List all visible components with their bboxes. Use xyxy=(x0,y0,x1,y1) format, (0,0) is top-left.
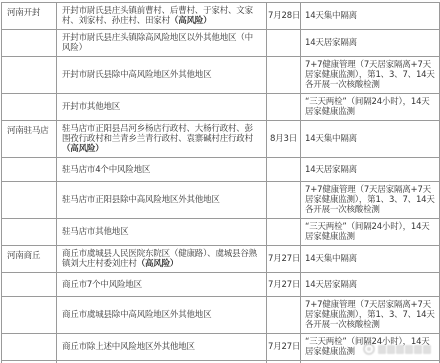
date-cell xyxy=(267,57,301,94)
area-cell: 驻马店市其他地区 xyxy=(57,219,267,246)
date-text: 7月27日 xyxy=(268,342,300,352)
area-text: 开封市尉氏县除中高风险地区外其他地区 xyxy=(62,70,211,80)
policy-cell: “三天两检”（间隔24小时），14天居家健康监测 xyxy=(301,94,440,121)
area-cell: 开封市尉氏县庄头镇前曹村、后曹村、于家村、文家村、刘家村、孙庄村、田家村（高风险… xyxy=(57,3,267,30)
area-cell: 商丘市7个中风险地区 xyxy=(57,273,267,297)
area-text: 驻马店市4个中风险地区 xyxy=(62,165,150,175)
area-text: 开封市尉氏县庄头镇除高风险地区以外其他地区（中风险） xyxy=(62,33,253,53)
table-row: 开封市尉氏县除中高风险地区外其他地区 7+7健康管理（7天居家隔离+7天居家健康… xyxy=(2,57,440,94)
policy-text: 14天集中隔离 xyxy=(305,254,357,264)
date-cell: 7月28日 xyxy=(267,3,301,30)
date-cell xyxy=(267,30,301,57)
area-text: 商丘市虞城县除中高风险地区外其他地区 xyxy=(62,310,211,320)
policy-cell: 14天居家隔离 xyxy=(301,30,440,57)
high-risk-bold-label: （高风险） xyxy=(170,16,212,26)
policy-text: 14天集中隔离 xyxy=(305,134,357,144)
policy-cell: 7+7健康管理（7天居家隔离+7天居家健康监测），第1、3、7、14天各开展一次… xyxy=(301,57,440,94)
date-cell: 7月27日 xyxy=(267,334,301,361)
region-cell xyxy=(2,94,57,121)
policy-cell: 14天居家隔离 xyxy=(301,273,440,297)
table-row: 河南商丘 商丘市虞城县人民医院东院区（健康路）、虞城县谷熟镇刘大庄村委刘庄村（高… xyxy=(2,246,440,273)
policy-text: 14天集中隔离 xyxy=(305,11,357,21)
region-cell xyxy=(2,182,57,219)
area-cell: 开封市其他地区 xyxy=(57,94,267,121)
date-text: 7月28日 xyxy=(268,11,300,21)
policy-text: 7+7健康管理（7天居家隔离+7天居家健康监测），第1、3、7、14天各开展一次… xyxy=(305,300,435,330)
policy-cell: 14天集中隔离 xyxy=(301,246,440,273)
area-cell: 商丘市虞城县人民医院东院区（健康路）、虞城县谷熟镇刘大庄村委刘庄村（高风险） xyxy=(57,246,267,273)
date-cell xyxy=(267,94,301,121)
table-row: 开封市其他地区 “三天两检”（间隔24小时），14天居家健康监测 xyxy=(2,94,440,121)
table-row: 商丘市7个中风险地区 7月27日 14天居家隔离 xyxy=(2,273,440,297)
policy-cell: 14天集中隔离 xyxy=(301,121,440,158)
region-label: 河南商丘 xyxy=(7,251,40,261)
watermark-illegible-text xyxy=(378,339,432,358)
table-row: 河南驻马店 驻马店市正阳县吕河乡杨店行政村、大杨行政村、彭围孜行政村和兰青乡兰青… xyxy=(2,121,440,158)
region-cell xyxy=(2,158,57,182)
high-risk-bold-label: （高风险） xyxy=(137,259,179,269)
policy-text: “三天两检”（间隔24小时），14天居家健康监测 xyxy=(305,97,430,117)
high-risk-bold-label: （高风险） xyxy=(62,144,104,154)
policy-cell: “三天两检”（间隔24小时），14天居家健康监测 xyxy=(301,219,440,246)
policy-cell: 14天居家隔离 xyxy=(301,158,440,182)
table-body: 河南开封 开封市尉氏县庄头镇前曹村、后曹村、于家村、文家村、刘家村、孙庄村、田家… xyxy=(2,3,440,363)
date-text: 7月27日 xyxy=(268,254,300,264)
area-cell: 驻马店市正阳县吕河乡杨店行政村、大杨行政村、彭围孜行政村和兰青乡兰青行政村、袁寨… xyxy=(57,121,267,158)
area-cell: 驻马店市4个中风险地区 xyxy=(57,158,267,182)
area-text: 驻马店市正阳县除中高风险地区外其他地区 xyxy=(62,195,220,205)
area-cell: 商丘市除上述中风险地区外其他地区 xyxy=(57,334,267,361)
policy-cell: 7+7健康管理（7天居家隔离+7天居家健康监测），第1、3、7、14天各开展一次… xyxy=(301,182,440,219)
area-text: 开封市其他地区 xyxy=(62,102,120,112)
table-row: 开封市尉氏县庄头镇除高风险地区以外其他地区（中风险） 14天居家隔离 xyxy=(2,30,440,57)
date-cell xyxy=(267,219,301,246)
watermark xyxy=(363,339,432,358)
policy-text: 7+7健康管理（7天居家隔离+7天居家健康监测），第1、3、7、14天各开展一次… xyxy=(305,60,435,90)
table-row: 驻马店市4个中风险地区 14天居家隔离 xyxy=(2,158,440,182)
date-cell: 8月3日 xyxy=(267,121,301,158)
policy-text: 14天居家隔离 xyxy=(305,165,357,175)
date-cell: 7月27日 xyxy=(267,273,301,297)
date-cell xyxy=(267,297,301,334)
table-row: 河南开封 开封市尉氏县庄头镇前曹村、后曹村、于家村、文家村、刘家村、孙庄村、田家… xyxy=(2,3,440,30)
table-row: 驻马店市正阳县除中高风险地区外其他地区 7+7健康管理（7天居家隔离+7天居家健… xyxy=(2,182,440,219)
policy-text: 14天居家隔离 xyxy=(305,280,357,290)
area-text: 驻马店市其他地区 xyxy=(62,227,128,237)
area-cell: 开封市尉氏县庄头镇除高风险地区以外其他地区（中风险） xyxy=(57,30,267,57)
policy-text: 14天居家隔离 xyxy=(305,38,357,48)
date-cell xyxy=(267,182,301,219)
region-cell xyxy=(2,273,57,297)
risk-area-policy-table: 河南开封 开封市尉氏县庄头镇前曹村、后曹村、于家村、文家村、刘家村、孙庄村、田家… xyxy=(1,2,440,363)
region-cell: 河南商丘 xyxy=(2,246,57,273)
weibo-watermark-icon xyxy=(363,343,375,355)
region-label: 河南驻马店 xyxy=(7,126,49,136)
region-cell xyxy=(2,334,57,361)
policy-cell: 14天集中隔离 xyxy=(301,3,440,30)
date-cell: 7月27日 xyxy=(267,246,301,273)
region-cell xyxy=(2,297,57,334)
area-text: 开封市尉氏县庄头镇前曹村、后曹村、于家村、文家村、刘家村、孙庄村、田家村 xyxy=(62,6,253,26)
area-cell: 开封市尉氏县除中高风险地区外其他地区 xyxy=(57,57,267,94)
area-cell: 商丘市虞城县除中高风险地区外其他地区 xyxy=(57,297,267,334)
table-row: 驻马店市其他地区 “三天两检”（间隔24小时），14天居家健康监测 xyxy=(2,219,440,246)
policy-cell: 7+7健康管理（7天居家隔离+7天居家健康监测），第1、3、7、14天各开展一次… xyxy=(301,297,440,334)
area-text: 商丘市7个中风险地区 xyxy=(62,280,142,290)
area-cell: 驻马店市正阳县除中高风险地区外其他地区 xyxy=(57,182,267,219)
region-cell: 河南开封 xyxy=(2,3,57,30)
policy-text: 7+7健康管理（7天居家隔离+7天居家健康监测），第1、3、7、14天各开展一次… xyxy=(305,185,435,215)
date-cell xyxy=(267,158,301,182)
region-cell xyxy=(2,219,57,246)
region-label: 河南开封 xyxy=(7,8,40,18)
date-text: 8月3日 xyxy=(270,134,297,144)
region-cell xyxy=(2,57,57,94)
table-row: 商丘市虞城县除中高风险地区外其他地区 7+7健康管理（7天居家隔离+7天居家健康… xyxy=(2,297,440,334)
region-cell xyxy=(2,30,57,57)
date-text: 7月27日 xyxy=(268,280,300,290)
area-text: 商丘市除上述中风险地区外其他地区 xyxy=(62,342,195,352)
policy-text: “三天两检”（间隔24小时），14天居家健康监测 xyxy=(305,222,430,242)
area-text: 驻马店市正阳县吕河乡杨店行政村、大杨行政村、彭围孜行政村和兰青乡兰青行政村、袁寨… xyxy=(62,124,253,144)
screenshot-root: 河南开封 开封市尉氏县庄头镇前曹村、后曹村、于家村、文家村、刘家村、孙庄村、田家… xyxy=(0,0,440,363)
region-cell: 河南驻马店 xyxy=(2,121,57,158)
